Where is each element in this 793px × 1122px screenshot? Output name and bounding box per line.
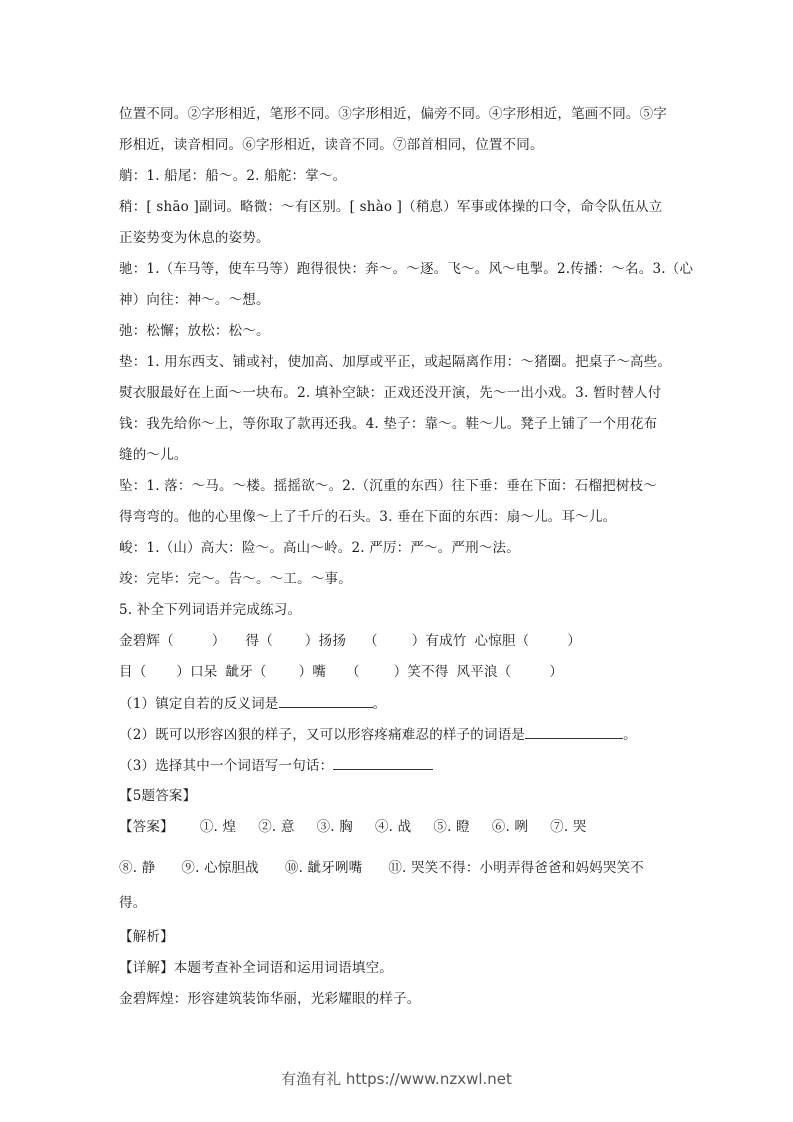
text-line: 钱：我先给你～上，等你取了款再还我。4. 垫子：靠～。鞋～儿。凳子上铺了一个用花…: [119, 414, 657, 434]
detail-text: 【详解】本题考查补全词语和运用词语填空。: [119, 958, 393, 978]
punctuation: 。: [623, 727, 637, 743]
word-part: 龇牙（: [226, 664, 267, 680]
answer-item: ③. 胸: [317, 819, 353, 835]
word-part: 目（: [119, 664, 146, 680]
word-part: 得（: [246, 633, 273, 649]
answer-header: 【5题答案】: [119, 786, 196, 806]
text-line: 垫：1. 用东西支、铺或衬，使加高、加厚或平正，或起隔离作用：～猪圈。把桌子～高…: [119, 352, 671, 372]
sub-question-text: （2）既可以形容凶狠的样子，又可以形容疼痛难忍的样子的词语是: [119, 727, 525, 743]
word-part: ）有成竹: [412, 633, 467, 649]
text-line: 坠：1. 落：～马。～楼。摇摇欲～。2.（沉重的东西）往下垂：垂在下面：石榴把树…: [119, 476, 657, 496]
sub-question-text: （3）选择其中一个词语写一句话：: [119, 758, 333, 774]
text-line: 竣：完毕：完～。告～。～工。～事。: [119, 569, 352, 589]
sub-question-text: （1）镇定自若的反义词是: [119, 696, 279, 712]
word-part: ）笑不得: [394, 664, 449, 680]
sub-question-1: （1）镇定自若的反义词是。: [119, 693, 386, 714]
answer-item: ⑨. 心惊胆战: [181, 860, 258, 876]
answer-item: ⑦. 哭: [550, 819, 586, 835]
answer-blank[interactable]: [279, 693, 373, 708]
text-line: 弛：松懈；放松：松～。: [119, 321, 270, 341]
word-part: 心惊胆（: [475, 633, 530, 649]
answer-item: ⑥. 咧: [492, 819, 528, 835]
sub-question-2: （2）既可以形容凶狠的样子，又可以形容疼痛难忍的样子的词语是。: [119, 724, 637, 745]
answer-item: ⑩. 龇牙咧嘴: [285, 860, 362, 876]
punctuation: 。: [373, 696, 387, 712]
word-fill-row-1: 金碧辉（）得（）扬扬（）有成竹心惊胆（）: [119, 631, 581, 651]
word-part: ）扬扬: [305, 633, 346, 649]
text-line: 驰：1.（车马等，使车马等）跑得很快：奔～。～逐。飞～。风～电掣。2.传播：～名…: [119, 259, 693, 279]
word-fill-row-2: 目（）口呆龇牙（）嘴（）笑不得风平浪（）: [119, 662, 563, 682]
text-line: 峻：1.（山）高大：险～。高山～岭。2. 严厉：严～。严刑～法。: [119, 538, 520, 558]
footer-watermark: 有渔有礼 https://www.nzxwl.net: [0, 1068, 793, 1089]
text-line: 位置不同。②字形相近，笔形不同。③字形相近，偏旁不同。④字形相近，笔画不同。⑤字: [119, 104, 667, 124]
answer-item: ⑤. 瞪: [433, 819, 469, 835]
word-part: （: [364, 633, 378, 649]
text-line: 艄：1. 船尾：船～。2. 船舵：掌～。: [119, 166, 346, 186]
word-part: ）: [212, 633, 226, 649]
answer-blank[interactable]: [333, 755, 433, 770]
answer-label: 【答案】: [119, 819, 174, 835]
text-line: 稍：[ shāo ]副词。略微：～有区别。[ shào ]（稍息）军事或体操的口…: [119, 197, 662, 217]
answer-row-3: 得。: [119, 893, 146, 913]
answer-item: ⑧. 静: [119, 860, 155, 876]
word-part: ）嘴: [299, 664, 326, 680]
explanation-text: 金碧辉煌：形容建筑装饰华丽，光彩耀眼的样子。: [119, 989, 420, 1009]
text-line: 神）向往：神～。～想。: [119, 290, 270, 310]
word-part: （: [346, 664, 360, 680]
text-line: 形相近，读音相同。⑥字形相近，读音不同。⑦部首相同，位置不同。: [119, 135, 544, 155]
text-line: 正姿势变为休息的姿势。: [119, 228, 270, 248]
answer-item: ①. 煌: [200, 819, 236, 835]
word-part: ）口呆: [176, 664, 217, 680]
sub-question-3: （3）选择其中一个词语写一句话：: [119, 755, 433, 776]
text-line: 缝的～儿。: [119, 445, 188, 465]
answer-item: ④. 战: [375, 819, 411, 835]
word-part: ）: [567, 633, 581, 649]
answer-row-1: 【答案】①. 煌②. 意③. 胸④. 战⑤. 瞪⑥. 咧⑦. 哭: [119, 817, 587, 837]
text-line: 得弯弯的。他的心里像～上了千斤的石头。3. 垂在下面的东西：扇～儿。耳～儿。: [119, 507, 616, 527]
answer-item: ②. 意: [258, 819, 294, 835]
question-title: 5. 补全下列词语并完成练习。: [119, 600, 301, 620]
word-part: ）: [549, 664, 563, 680]
answer-row-2: ⑧. 静⑨. 心惊胆战⑩. 龇牙咧嘴⑪. 哭笑不得：小明弄得爸爸和妈妈哭笑不: [119, 858, 644, 878]
text-line: 熨衣服最好在上面～一块布。2. 填补空缺：正戏还没开演，先～一出小戏。3. 暂时…: [119, 383, 661, 403]
answer-item: ⑪. 哭笑不得：小明弄得爸爸和妈妈哭笑不: [388, 860, 644, 876]
answer-blank[interactable]: [525, 724, 623, 739]
word-part: 金碧辉（: [119, 633, 174, 649]
word-part: 风平浪（: [457, 664, 512, 680]
analysis-header: 【解析】: [119, 927, 174, 947]
